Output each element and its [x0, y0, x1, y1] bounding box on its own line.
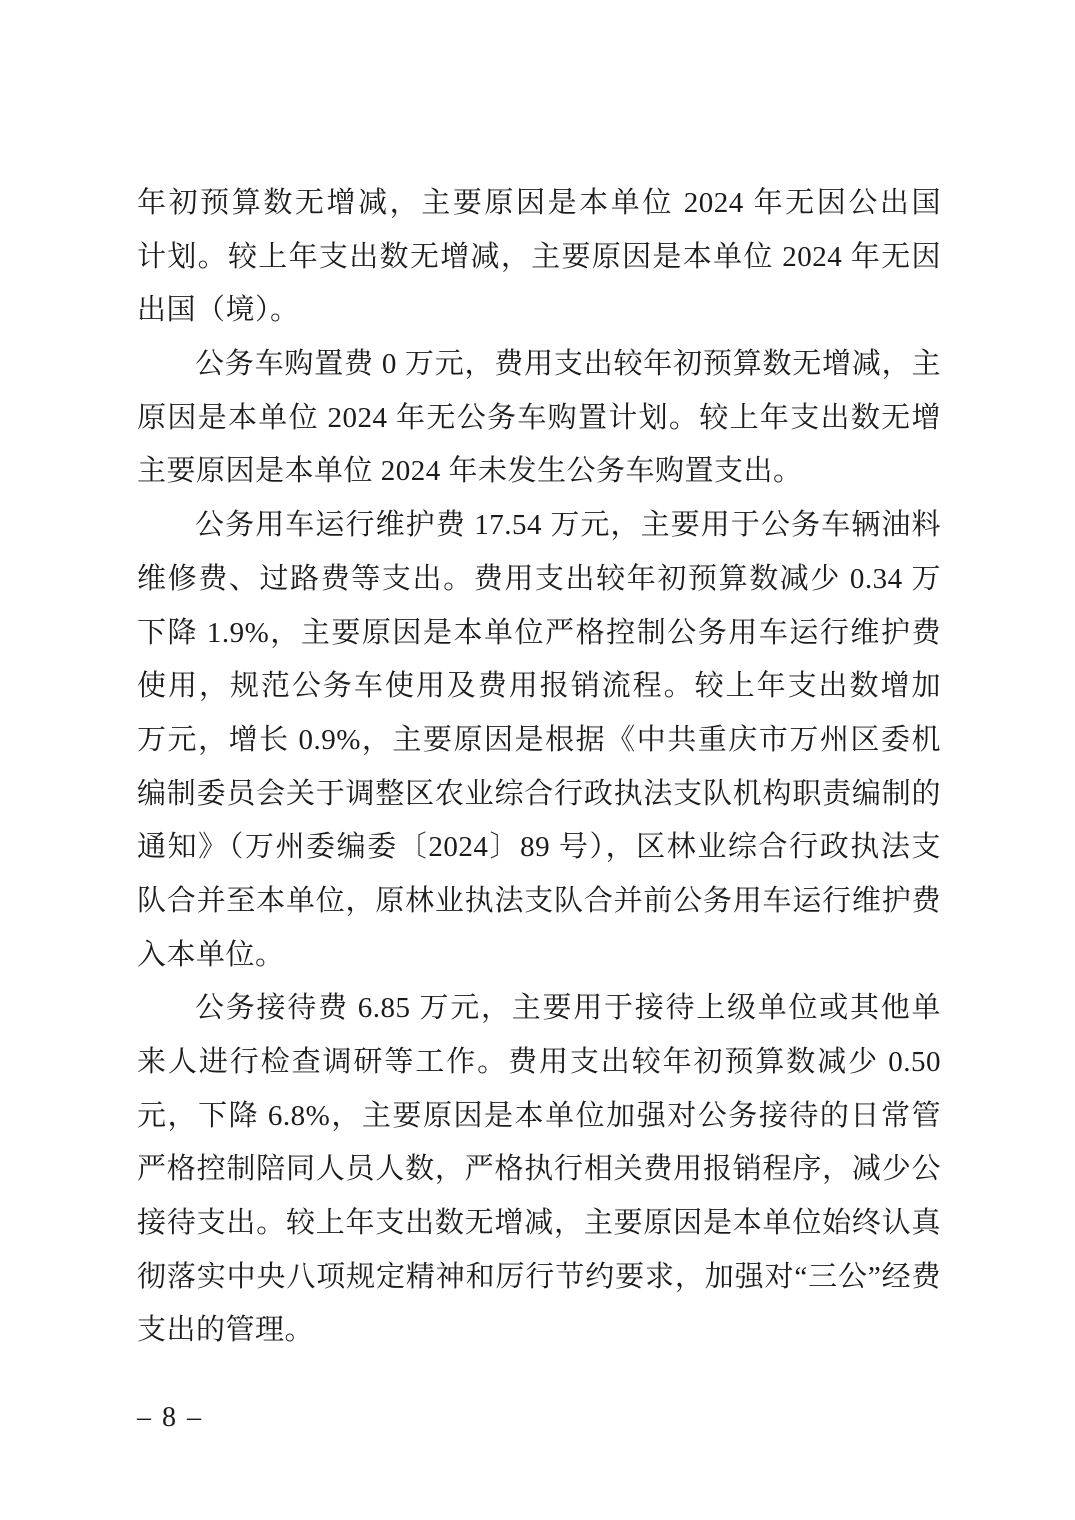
paragraph: 公务接待费 6.85 万元，主要用于接待上级单位或其他单位来人进行检查调研等工作… [137, 982, 941, 1358]
text-line: 队合并至本单位，原林业执法支队合并前公务用车运行维护费纳 [137, 875, 941, 929]
text-line: 原因是本单位 2024 年无公务车购置计划。较上年支出数无增减， [137, 392, 941, 446]
text-line: 计划。较上年支出数无增减，主要原因是本单位 2024 年无因公 [137, 231, 941, 285]
text-line: 维修费、过路费等支出。费用支出较年初预算数减少 0.34 万元， [137, 553, 941, 607]
page-number: – 8 – [137, 1402, 203, 1434]
text-line: 编制委员会关于调整区农业综合行政执法支队机构职责编制的 [137, 768, 941, 822]
text-line: 接待支出。较上年支出数无增减，主要原因是本单位始终认真贯 [137, 1197, 941, 1251]
paragraph: 年初预算数无增减，主要原因是本单位 2024 年无因公出国（境）计划。较上年支出… [137, 177, 941, 338]
text-line: 公务用车运行维护费 17.54 万元，主要用于公务车辆油料费、 [137, 499, 941, 553]
text-line: 使用，规范公务车使用及费用报销流程。较上年支出数增加 0.16 [137, 660, 941, 714]
text-line: 来人进行检查调研等工作。费用支出较年初预算数减少 0.50 万 [137, 1036, 941, 1090]
text-line: 年初预算数无增减，主要原因是本单位 2024 年无因公出国（境） [137, 177, 941, 231]
text-line: 元，下降 6.8%，主要原因是本单位加强对公务接待的日常管理， [137, 1090, 941, 1144]
text-line: 公务接待费 6.85 万元，主要用于接待上级单位或其他单位 [137, 982, 941, 1036]
document-page: 年初预算数无增减，主要原因是本单位 2024 年无因公出国（境）计划。较上年支出… [0, 0, 1075, 1520]
text-line: 通知》（万州委编委〔2024〕89 号），区林业综合行政执法支 [137, 821, 941, 875]
text-line: 万元，增长 0.9%，主要原因是根据《中共重庆市万州区委机构 [137, 714, 941, 768]
text-line: 出国（境）。 [137, 284, 941, 338]
text-line: 入本单位。 [137, 929, 941, 983]
document-viewport: { "document": { "language": "zh-CN", "te… [0, 0, 1075, 1520]
text-line: 支出的管理。 [137, 1304, 941, 1358]
text-line: 严格控制陪同人员人数，严格执行相关费用报销程序，减少公务 [137, 1143, 941, 1197]
text-line: 公务车购置费 0 万元，费用支出较年初预算数无增减，主要 [137, 338, 941, 392]
text-line: 主要原因是本单位 2024 年未发生公务车购置支出。 [137, 445, 941, 499]
text-line: 下降 1.9%，主要原因是本单位严格控制公务用车运行维护费的 [137, 607, 941, 661]
document-body: 年初预算数无增减，主要原因是本单位 2024 年无因公出国（境）计划。较上年支出… [137, 177, 941, 1358]
text-line: 彻落实中央八项规定精神和厉行节约要求，加强对“三公”经费 [137, 1251, 941, 1305]
paragraph: 公务用车运行维护费 17.54 万元，主要用于公务车辆油料费、维修费、过路费等支… [137, 499, 941, 982]
paragraph: 公务车购置费 0 万元，费用支出较年初预算数无增减，主要原因是本单位 2024 … [137, 338, 941, 499]
